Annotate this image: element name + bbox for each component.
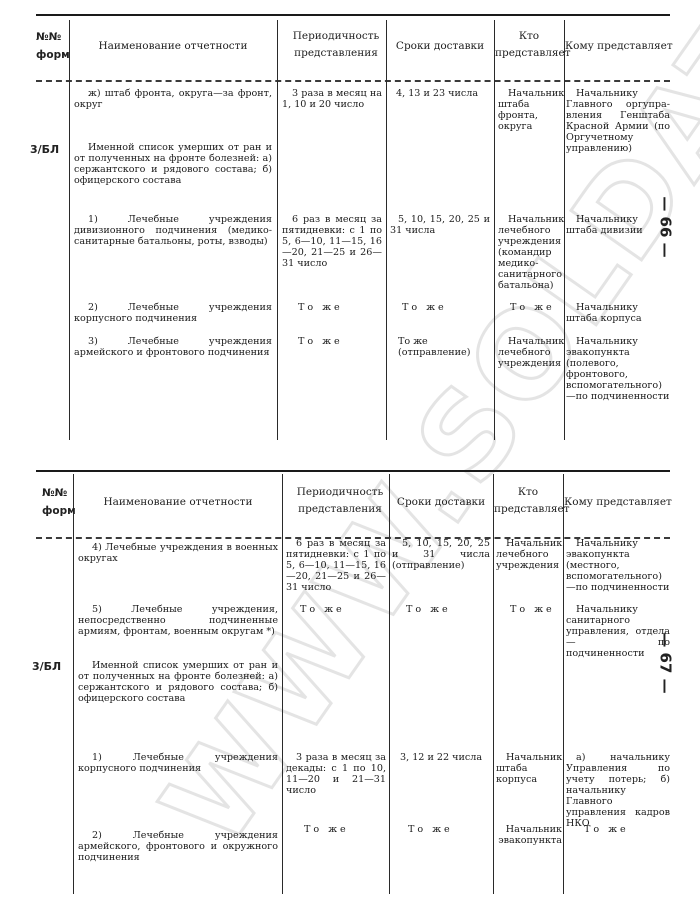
deadline: То же bbox=[406, 604, 490, 615]
to-whom: Начальнику эвакопункта (местного, вспомо… bbox=[566, 538, 670, 593]
periodicity: То же bbox=[298, 336, 386, 347]
to-whom: Начальнику санитарного управления, отдел… bbox=[566, 604, 670, 659]
to-whom: а) начальнику Управления по учету потерь… bbox=[566, 752, 670, 829]
header-who-submits: Кто представляет bbox=[494, 484, 562, 518]
deadline: 3, 12 и 22 числа bbox=[400, 752, 492, 763]
page-number-bottom: — 67 — bbox=[656, 632, 674, 693]
column-divider bbox=[386, 20, 387, 440]
deadline: 5, 10, 15, 20, 25 и 31 числа bbox=[390, 214, 490, 236]
page-number-top: — 66 — bbox=[656, 196, 674, 257]
column-divider bbox=[563, 474, 564, 894]
column-divider bbox=[282, 474, 283, 894]
to-whom: То же bbox=[584, 824, 670, 835]
header-to-whom: Кому представляет bbox=[565, 38, 671, 55]
column-divider bbox=[389, 474, 390, 894]
who-submits: Начальник лечебного учреждения (командир… bbox=[498, 214, 562, 291]
who-submits: Начальник лечебного учреждения bbox=[496, 538, 562, 571]
bottom-table: №№ форм Наименование отчетности Периодич… bbox=[36, 470, 670, 900]
periodicity: 6 раз в месяц за пятидневки: с 1 по 5, 6… bbox=[282, 214, 382, 269]
header-deadline: Сроки доставки bbox=[390, 494, 492, 511]
form-code: 3/БЛ bbox=[32, 660, 61, 673]
header-rule bbox=[36, 80, 670, 83]
header-who-submits: Кто представляет bbox=[495, 28, 563, 62]
form-code: 3/БЛ bbox=[30, 143, 59, 156]
report-name: ж) штаб фронта, округа—за фронт, округ bbox=[74, 88, 272, 110]
deadline: То же bbox=[408, 824, 492, 835]
report-name: Именной список умерших от ран и от получ… bbox=[74, 142, 272, 186]
deadline: 4, 13 и 23 числа bbox=[396, 88, 492, 99]
to-whom: Начальнику Главного оргупра-вления Геншт… bbox=[566, 88, 670, 154]
document-page: WWW.SOLDAT.RU №№ форм Наименование отчет… bbox=[0, 0, 700, 904]
who-submits: Начальник штаба фронта, округа bbox=[498, 88, 562, 132]
periodicity: 3 раза в месяц на 1, 10 и 20 число bbox=[282, 88, 382, 110]
periodicity: 6 раз в месяц за пятидневки: с 1 по 5, 6… bbox=[286, 538, 386, 593]
header-deadline: Сроки доставки bbox=[387, 38, 493, 55]
report-name: 5) Лечебные учреждения, непосредственно … bbox=[78, 604, 278, 637]
deadline: То же (отправление) bbox=[398, 336, 492, 358]
periodicity: То же bbox=[304, 824, 388, 835]
who-submits: Начальник эвакопункта bbox=[496, 824, 562, 846]
periodicity: 3 раза в месяц за декады: с 1 по 10, 11—… bbox=[286, 752, 386, 796]
deadline: То же bbox=[402, 302, 490, 313]
column-divider bbox=[494, 20, 495, 440]
top-table: №№ форм Наименование отчетности Периодич… bbox=[36, 14, 670, 444]
report-name: 2) Лечебные учреждения корпусного подчин… bbox=[74, 302, 272, 324]
header-form-number: №№ форм bbox=[42, 484, 74, 520]
header-to-whom: Кому представляет bbox=[564, 494, 672, 511]
report-name: 2) Лечебные учреждения армейского, фронт… bbox=[78, 830, 278, 863]
to-whom: Начальнику штаба корпуса bbox=[566, 302, 670, 324]
to-whom: Начальнику штаба дивизии bbox=[566, 214, 670, 236]
report-name: 1) Лечебные учреждения корпусного подчин… bbox=[78, 752, 278, 774]
column-divider bbox=[277, 20, 278, 440]
header-periodicity: Периодичность представления bbox=[288, 28, 384, 62]
header-report-name: Наименование отчетности bbox=[70, 38, 276, 55]
report-name: 1) Лечебные учреждения дивизионного подч… bbox=[74, 214, 272, 247]
header-periodicity: Периодичность представления bbox=[292, 484, 388, 518]
column-divider bbox=[73, 474, 74, 894]
header-report-name: Наименование отчетности bbox=[74, 494, 282, 511]
table-top-rule bbox=[36, 14, 670, 16]
periodicity: То же bbox=[300, 604, 388, 615]
who-submits: То же bbox=[510, 604, 564, 615]
to-whom: Начальнику эвакопункта (полевого, фронто… bbox=[566, 336, 670, 402]
column-divider bbox=[493, 474, 494, 894]
table-top-rule bbox=[36, 470, 670, 472]
who-submits: То же bbox=[510, 302, 564, 313]
who-submits: Начальник лечебного учреждения bbox=[498, 336, 562, 369]
report-name: 4) Лечебные учреждения в военных округах bbox=[78, 542, 278, 564]
header-form-number: №№ форм bbox=[36, 28, 69, 64]
deadline: 5, 10, 15, 20, 25 и 31 числа (отправлени… bbox=[392, 538, 490, 571]
periodicity: То же bbox=[298, 302, 386, 313]
report-name: Именной список умерших от ран и от получ… bbox=[78, 660, 278, 704]
column-divider bbox=[69, 20, 70, 440]
who-submits: Начальник штаба корпуса bbox=[496, 752, 562, 785]
column-divider bbox=[564, 20, 565, 440]
report-name: 3) Лечебные учреждения армейского и фрон… bbox=[74, 336, 272, 358]
